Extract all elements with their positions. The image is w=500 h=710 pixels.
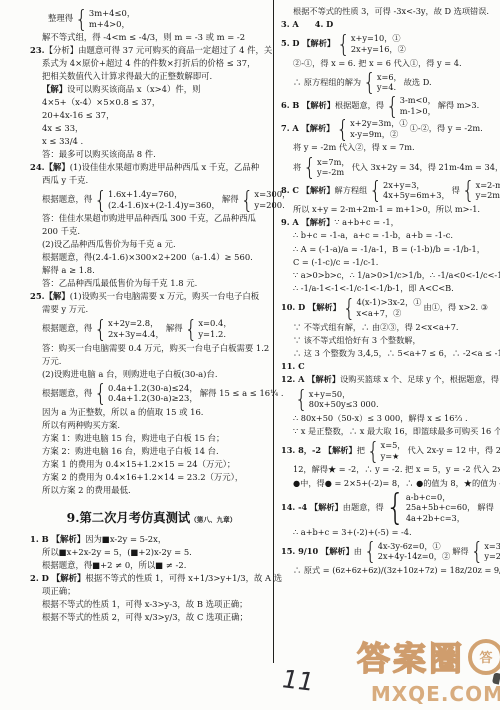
solution-line: 答：乙品种西瓜最低售价为每千克 1.8 元.: [30, 277, 273, 290]
equation: x=0.4，: [198, 318, 231, 329]
text-segment: 解得: [452, 545, 468, 558]
text-segment: 根据不等式的性质 1，可得 x+1/3>y+1/3，故 A 选: [85, 573, 282, 583]
solution-line: ∴ -1/a-1<-1<-1/c-1<-1/b-1，即 A<C<B.: [281, 282, 497, 295]
text-segment: 由①，得 x>2. ③: [423, 301, 488, 314]
solution-line: 2. D 【解析】根据不等式的性质 1，可得 x+1/3>y+1/3，故 A 选: [30, 572, 273, 585]
answer-label: 12. A 【解析】: [281, 374, 340, 384]
text-segment: 解得 15 ≤ a ≤ 16¼ .: [200, 387, 284, 400]
solution-line: 万元.: [30, 355, 273, 368]
brace-system: {x+y=10，①2x+y=16，②: [337, 33, 406, 54]
solution-line: 根据不等式的性质 1，可得 x-3>y-3，故 B 选项正确；: [30, 598, 273, 611]
brace-icon: {: [462, 178, 475, 202]
solution-line: ∵ 不等式组有解，∴ 由②③，得 2<x<a+7.: [281, 321, 497, 334]
text-segment: ∴ 原方程组的解为: [293, 76, 361, 89]
answer-label: 15. 9/10 【解析】: [281, 545, 354, 558]
equation: 0.4a+1.2(30-a)≤24，: [108, 383, 198, 394]
text-segment: 将: [293, 161, 301, 174]
solution-line: ②-①，得 x = 6. 把 x = 6 代入①，得 y = 4.: [281, 57, 497, 70]
equation-system: 6. B 【解析】 根据题意，得 {3-m<0，m-1>0， 解得 m>3.: [281, 95, 497, 116]
brace-system: {4x-3y-6z=0，①2x+4y-14z=0，②: [364, 541, 450, 562]
solution-line: 项正确；: [30, 585, 273, 598]
equation: x=7m，: [317, 157, 350, 168]
brace-icon: {: [343, 296, 356, 320]
equation: x+2y=2.8，: [108, 318, 164, 329]
text-segment: 把: [357, 444, 365, 457]
equation: y=2m-1，: [476, 190, 500, 201]
brace-system: {2x+y=3，4x+5y=6m+3，: [369, 180, 449, 201]
equation: a-b+c=0，: [406, 492, 476, 503]
equation: x<a+7，②: [357, 308, 422, 319]
marker-label: 【解】: [42, 84, 67, 94]
solution-line: ∴ A = (-1-a)/a = -1/a-1，B = (-1-b)/b = -…: [281, 243, 497, 256]
equation: x+y=50，: [309, 389, 379, 400]
solution-line: ∵ 该不等式组恰好有 3 个整数解，: [281, 334, 497, 347]
brace-system: {x+2y=2.8，2x+3y=4.4，: [94, 318, 164, 339]
solution-line: (2)设购进电脑 a 台，则购进电子白板(30-a)台.: [30, 368, 273, 381]
solution-line: 所以■x+2x-2y = 5，(■+2)x-2y = 5.: [30, 546, 273, 559]
brace-icon: {: [94, 381, 107, 405]
text-segment: (1)设佳佳水果超市购进甲品种西瓜 x 千克，乙品种: [70, 162, 259, 172]
brace-icon: {: [185, 317, 198, 341]
solution-line: 【解】设可以购买该商品 x（x>4）件，则: [30, 83, 273, 96]
edge-smudge: [492, 672, 500, 684]
brace-icon: {: [336, 117, 349, 141]
answer-label: 4. D: [315, 19, 334, 29]
equation: 1.6x+1.4y=760，: [108, 189, 220, 200]
answer-book-page: 整理得 {3m+4≤0，m+4>0， 解不等式组，得 -4<m ≤ -4/3，则…: [0, 0, 500, 710]
equation: x=3z，: [484, 541, 500, 552]
equation: 0.4a+1.2(30-a)≥23，: [108, 393, 198, 404]
solution-line: 12，解得★ = -2，∴ y = -2. 把 x = 5，y = -2 代入 …: [281, 463, 497, 476]
solution-line: 根据题意，得(2.4-1.6)×300×2+200（a-1.4）≥ 560.: [30, 251, 273, 264]
solution-line: 1. B 【解析】因为■x-2y = 5-2x，: [30, 533, 273, 546]
solution-line: 方案 1：购进电脑 15 台，购进电子白板 15 台；: [30, 432, 273, 445]
answer-label: 13. 8，-2 【解析】: [281, 444, 357, 457]
equation-system: 14. -4 【解析】 由题意，得 {a-b+c=0，25a+5b+c=60，4…: [281, 492, 497, 524]
equation: x-y=9m，②: [350, 129, 408, 140]
text-segment: 解方程组: [335, 184, 368, 197]
solution-line: 把相关数值代入计算求得最大的正整数解即可.: [30, 70, 273, 83]
equation: x=5，: [381, 440, 406, 451]
equation-system: 根据题意，得 {0.4a+1.2(30-a)≤24，0.4a+1.2(30-a)…: [30, 383, 273, 404]
text-segment: 因为■x-2y = 5-2x，: [85, 534, 166, 544]
brace-system: {x=3z，y=2z.: [471, 541, 500, 562]
brace-icon: {: [94, 317, 107, 341]
equation: y=1.2.: [198, 329, 231, 340]
solution-line: 解得 a ≥ 1.8.: [30, 264, 273, 277]
text-segment: 代入 3x+2y = 34，得 21m-4m = 34，解得 m = 2.: [352, 161, 500, 174]
handwritten-page-number: 11: [278, 664, 317, 696]
text-segment: 解得: [166, 322, 183, 335]
equation: y=2z.: [484, 551, 500, 562]
brace-icon: {: [364, 539, 377, 563]
equation-system: ∴ 原方程组的解为 {x=6，y=4. 故选 D.: [281, 72, 497, 93]
equation: x+y=10，①: [351, 33, 406, 44]
equation: 2x+y=16，②: [351, 44, 406, 55]
equation: 3-m<0，: [400, 95, 436, 106]
brace-system: {a=3，b=-2，c=-5.: [496, 492, 500, 524]
brace-system: {x=5，y=★: [367, 440, 406, 461]
brace-icon: {: [241, 188, 254, 212]
solution-line: ∵ x 是正整数，∴ x 最大取 16，即篮球最多可购买 16 个.: [281, 425, 497, 438]
solution-line: 24.【解】(1)设佳佳水果超市购进甲品种西瓜 x 千克，乙品种: [30, 161, 273, 174]
brace-system: {3-m<0，m-1>0，: [386, 95, 436, 116]
brace-icon: {: [94, 188, 107, 212]
solution-line: 答：购买一台电脑需要 0.4 万元，购买一台电子白板需要 1.2: [30, 342, 273, 355]
watermark-circle-icon: 答: [468, 639, 500, 675]
equation-system: 将 {x=7m，y=-2m 代入 3x+2y = 34，得 21m-4m = 3…: [281, 157, 497, 178]
answer-label: 2. D 【解析】: [30, 573, 85, 583]
text-segment: 由: [354, 545, 362, 558]
text-segment: 整理得: [48, 12, 73, 25]
solution-line: 25.【解】(1)设购买一台电脑需要 x 万元，购买一台电子白板: [30, 290, 273, 303]
solution-line: 方案 1 的费用为 0.4×15+1.2×15 = 24（万元）；: [30, 458, 273, 471]
brace-system: {x+2y=3m，①x-y=9m，②: [336, 118, 407, 139]
solution-line: ∴ 原式 = (6z+6z+6z)/(3z+10z+7z) = 18z/20z …: [281, 564, 497, 577]
equation: x=6，: [377, 72, 402, 83]
text-segment: 解得: [477, 501, 493, 514]
equation: 2x+3y=4.4，: [108, 329, 164, 340]
brace-system: {x+y=50，80x+50y≤3 000.: [295, 389, 379, 410]
text-segment: 【分析】由题意可得 37 元可购买的商品一定超过了 4 件，关: [45, 45, 273, 55]
brace-icon: {: [75, 7, 88, 31]
brace-icon: {: [386, 94, 399, 118]
equation: 25a+5b+c=60，: [406, 502, 476, 513]
marker-label: 【解】: [45, 162, 70, 172]
equation: 2x+4y-14z=0，②: [378, 551, 450, 562]
solution-line: 所以 x+y = 2-m+2m-1 = m+1>0，所以 m>-1.: [281, 203, 497, 216]
solution-line: 根据不等式的性质 2，可得 x/3>y/3，故 C 选项正确；: [30, 611, 273, 624]
text-segment: 代入 2x-y = 12 中，得 2×5-★ =: [408, 444, 500, 457]
problem-number: 25.: [30, 291, 45, 301]
text-segment: (1)设购买一台电脑需要 x 万元，购买一台电子白板: [70, 291, 259, 301]
brace-icon: {: [367, 439, 380, 463]
equation-system: 根据题意，得 {1.6x+1.4y=760，(2.4-1.6)x+(2-1.4)…: [30, 189, 273, 210]
brace-icon: {: [295, 387, 308, 411]
brace-system: {x=7m，y=-2m: [303, 157, 349, 178]
solution-line: 9. A 【解析】∵ a+b+c = -1，: [281, 216, 497, 229]
problem-number: 23.: [30, 45, 45, 55]
answer-label: 10. D 【解析】: [281, 301, 341, 314]
text-segment: ①-②，得 y = -2m.: [410, 122, 483, 135]
solution-line: ∵ a>0>b>c，∴ 1/a>0>1/c>1/b，∴ -1/a<0<-1/c<…: [281, 269, 497, 282]
section-name: 第二次月考仿真测试: [80, 510, 191, 525]
equation-system: 根据题意，得 {x+2y=2.8，2x+3y=4.4， 解得 {x=0.4，y=…: [30, 318, 273, 339]
equation: y=-2m: [317, 167, 350, 178]
solution-line: 12. A 【解析】设购买篮球 x 个、足球 y 个，根据题意，得: [281, 373, 497, 386]
brace-icon: {: [337, 32, 350, 56]
solution-line: (2)设乙品种西瓜售价为每千克 a 元.: [30, 238, 273, 251]
solution-line: 23.【分析】由题意可得 37 元可购买的商品一定超过了 4 件，关: [30, 44, 273, 57]
text-segment: 解得: [222, 193, 239, 206]
equation-system: 13. 8，-2 【解析】 把 {x=5，y=★ 代入 2x-y = 12 中，…: [281, 440, 497, 461]
brace-system: {4(x-1)>3x-2，①x<a+7，②: [343, 297, 422, 318]
equation: 4x+5y=6m+3，: [383, 190, 450, 201]
solution-line: x ≤ 33/4 .: [30, 135, 273, 148]
text-segment: 由题意，得: [343, 501, 384, 514]
solution-line: 4x ≤ 33，: [30, 122, 273, 135]
equation: 3m+4≤0，: [89, 8, 135, 19]
equation: 4(x-1)>3x-2，①: [357, 297, 422, 308]
solution-line: ∴ b+c = -1-a，a+c = -1-b，a+b = -1-c.: [281, 229, 497, 242]
text-segment: 设购买篮球 x 个、足球 y 个，根据题意，得: [340, 374, 499, 384]
solution-line: ∴ 80x+50（50-x）≤ 3 000，解得 x ≤ 16⅔ .: [281, 412, 497, 425]
answer-label: 7. A 【解析】: [281, 122, 334, 135]
solution-line: 200 千克.: [30, 225, 273, 238]
text-segment: 根据题意，得: [335, 99, 384, 112]
equation: 4a+2b+c=3，: [406, 513, 476, 524]
answer-label: 9. A 【解析】: [281, 217, 334, 227]
right-column: 根据不等式的性质 3，可得 -3x<-3y，故 D 选项错误. 3. A4. D…: [281, 5, 497, 577]
solution-line: 所以方案 2 的费用最低.: [30, 484, 273, 497]
answer-label: 11. C: [281, 360, 497, 373]
answer-label: 1. B 【解析】: [30, 534, 85, 544]
watermark-site-text: MXQE.COM: [357, 682, 500, 706]
equation: x=2-m，: [476, 180, 500, 191]
brace-icon: {: [496, 490, 500, 526]
brace-icon: {: [363, 70, 376, 94]
equation: x+2y=3m，①: [350, 118, 408, 129]
text-segment: 根据题意，得: [42, 193, 92, 206]
solution-line: 方案 2 的费用为 0.4×16+1.2×14 = 23.2（万元），: [30, 471, 273, 484]
brace-system: {x=0.4，y=1.2.: [185, 318, 232, 339]
solution-line: 根据题意，得■+2 ≠ 0，所以■ ≠ -2.: [30, 559, 273, 572]
answer-label: 8. C 【解析】: [281, 184, 335, 197]
brace-icon: {: [303, 155, 316, 179]
watermark-logo-text: 答案圈: [357, 633, 465, 680]
equation-system: 8. C 【解析】 解方程组 {2x+y=3，4x+5y=6m+3， 得 {x=…: [281, 180, 497, 201]
equation: m+4>0，: [89, 19, 135, 30]
solution-line: 答：最多可以购买该商品 8 件.: [30, 148, 273, 161]
solution-line: 3. A4. D: [281, 18, 497, 31]
solution-line: 答：佳佳水果超市购进甲品种西瓜 300 千克，乙品种西瓜: [30, 212, 273, 225]
brace-icon: {: [369, 178, 382, 202]
solution-line: 解不等式组，得 -4<m ≤ -4/3，则 m = -3 或 m = -2: [30, 31, 273, 44]
brace-system: {a-b+c=0，25a+5b+c=60，4a+2b+c=3，: [386, 492, 476, 524]
left-column: 整理得 {3m+4≤0，m+4>0， 解不等式组，得 -4<m ≤ -4/3，则…: [30, 6, 273, 624]
column-divider: [273, 0, 274, 663]
answer-label: 14. -4 【解析】: [281, 501, 343, 514]
solution-line: ∴ 这 3 个整数为 3,4,5，∴ 5<a+7 ≤ 6，∴ -2<a ≤ -1…: [281, 347, 497, 360]
text-segment: 故选 D.: [404, 76, 432, 89]
equation-system: 15. 9/10 【解析】 由 {4x-3y-6z=0，①2x+4y-14z=0…: [281, 541, 497, 562]
answer-label: 6. B 【解析】: [281, 99, 335, 112]
solution-line: 系式为 4×原价+超过 4 件的件数×打折后的价格 ≤ 37，: [30, 57, 273, 70]
equation-system: 5. D 【解析】 {x+y=10，①2x+y=16，②: [281, 33, 497, 54]
equation: m-1>0，: [400, 106, 436, 117]
brace-system: {3m+4≤0，m+4>0，: [75, 8, 135, 29]
brace-icon: {: [386, 490, 405, 526]
brace-system: {x=6，y=4.: [363, 72, 402, 93]
answer-label: 5. D 【解析】: [281, 37, 335, 50]
equation: 2x+y=3，: [383, 180, 450, 191]
equation-system: 整理得 {3m+4≤0，m+4>0，: [30, 8, 273, 29]
marker-label: 【解】: [45, 291, 70, 301]
text-segment: 解得 m>3.: [438, 99, 479, 112]
brace-icon: {: [471, 539, 484, 563]
section-number: 9.: [67, 510, 80, 525]
solution-line: 需要 y 万元.: [30, 303, 273, 316]
solution-line: 因为 a 为正整数，所以 a 的值取 15 或 16.: [30, 406, 273, 419]
solution-line: C = (-1-c)/c = -1/c-1.: [281, 256, 497, 269]
equation: 4x-3y-6z=0，①: [378, 541, 450, 552]
section-title: 9.第二次月考仿真测试（第八、九章）: [30, 511, 273, 527]
section-subtitle: （第八、九章）: [190, 516, 236, 524]
watermark-circle-glyph: 答: [479, 647, 492, 666]
text-segment: 设可以购买该商品 x（x>4）件，则: [67, 84, 200, 94]
solution-line: 4×5+（x-4）×5×0.8 ≤ 37，: [30, 96, 273, 109]
equation: y=★: [381, 451, 406, 462]
brace-system: {x=2-m，y=2m-1，: [462, 180, 500, 201]
text-segment: ∵ a+b+c = -1，: [334, 217, 398, 227]
solution-line: 所以有两种购买方案.: [30, 419, 273, 432]
solution-line: 根据不等式的性质 3，可得 -3x<-3y，故 D 选项错误.: [281, 5, 497, 18]
brace-system: {1.6x+1.4y=760，(2.4-1.6)x+(2-1.4)y=360，: [94, 189, 220, 210]
text-segment: 根据题意，得: [42, 387, 92, 400]
equation-system: 10. D 【解析】 {4(x-1)>3x-2，①x<a+7，② 由①，得 x>…: [281, 297, 497, 318]
equation-system: {x+y=50，80x+50y≤3 000.: [281, 389, 497, 410]
solution-line: 20+4x-16 ≤ 37，: [30, 109, 273, 122]
solution-line: 西瓜 y 千克.: [30, 174, 273, 187]
problem-number: 24.: [30, 162, 45, 172]
text-segment: 得: [452, 184, 460, 197]
equation: (2.4-1.6)x+(2-1.4)y=360，: [108, 200, 220, 211]
brace-system: {0.4a+1.2(30-a)≤24，0.4a+1.2(30-a)≥23，: [94, 383, 197, 404]
text-segment: 根据题意，得: [42, 322, 92, 335]
solution-line: 方案 2：购进电脑 16 台，购进电子白板 14 台.: [30, 445, 273, 458]
equation-system: 7. A 【解析】 {x+2y=3m，①x-y=9m，② ①-②，得 y = -…: [281, 118, 497, 139]
answer-label: 3. A: [281, 19, 299, 29]
watermark: 答案圈 答 MXQE.COM: [357, 633, 500, 706]
equation: 80x+50y≤3 000.: [309, 399, 379, 410]
